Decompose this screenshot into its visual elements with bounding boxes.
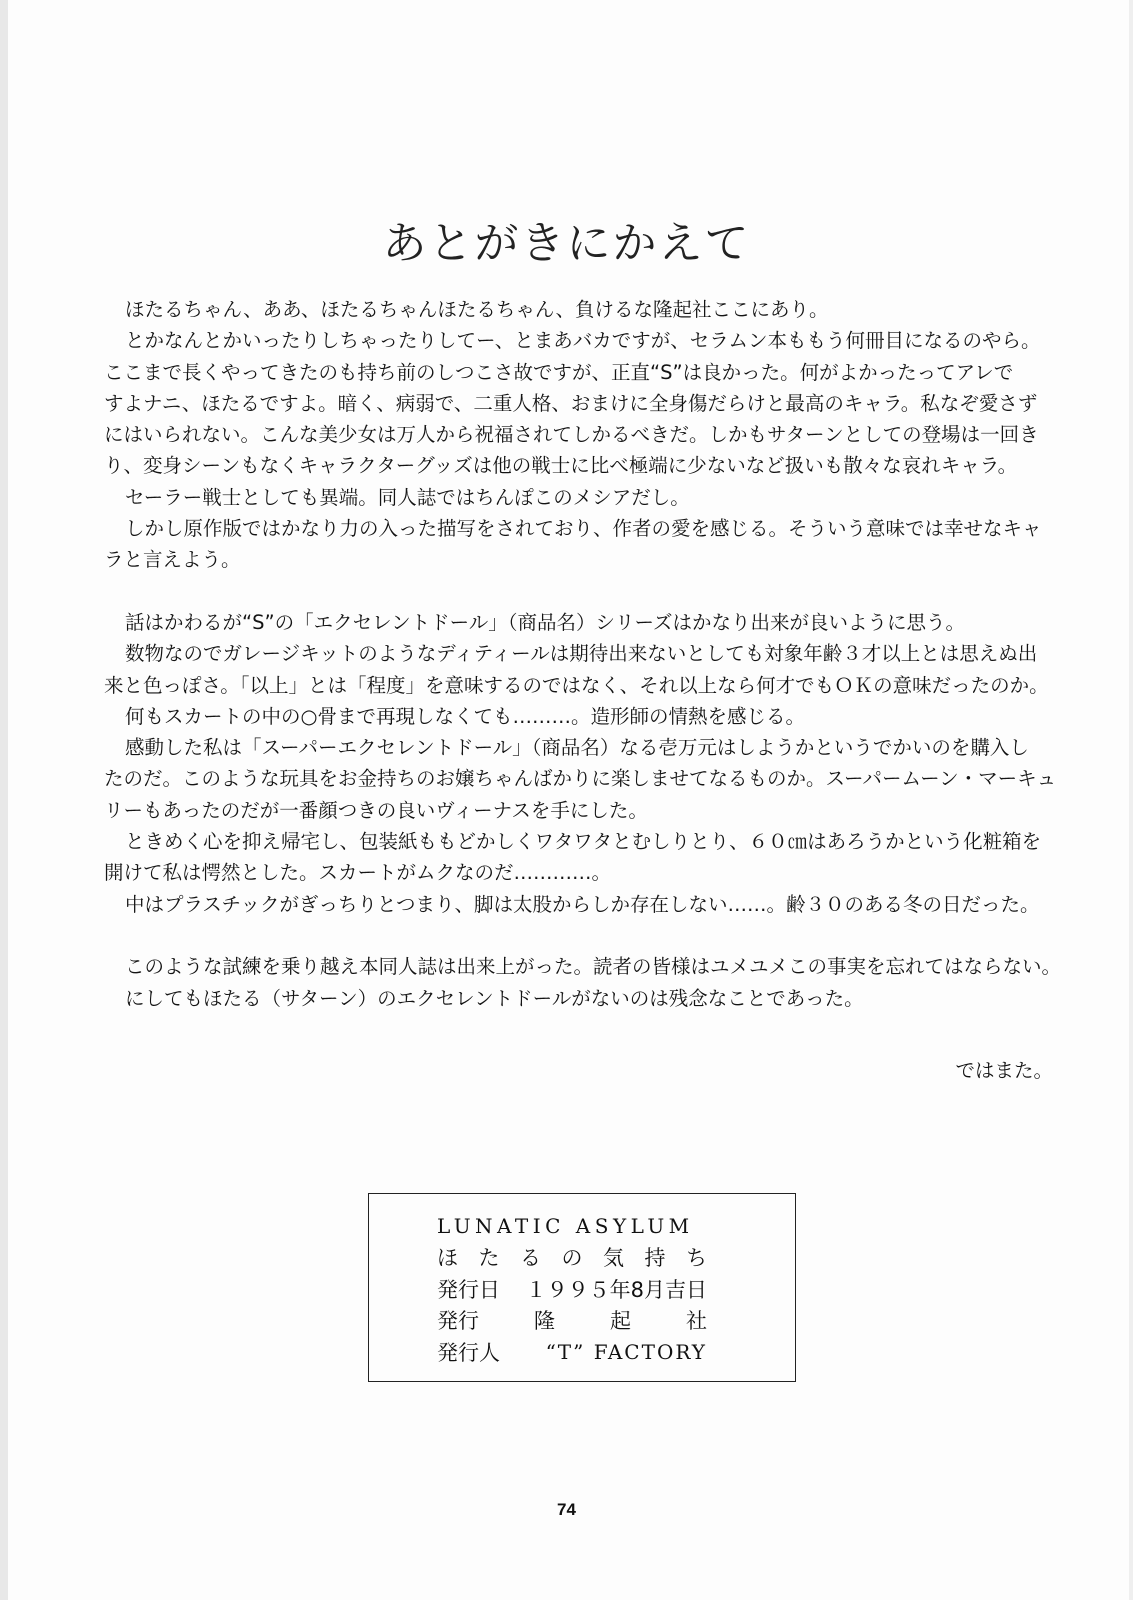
text-line: ラと言えよう。 xyxy=(104,544,1054,575)
text-line: り、変身シーンもなくキャラクターグッズは他の戦士に比べ極端に少ないなど扱いも散々… xyxy=(104,450,1054,481)
text-line: ほたるちゃん、ああ、ほたるちゃんほたるちゃん、負けるな隆起社ここにあり。 xyxy=(104,294,1054,325)
publisher-char: 社 xyxy=(686,1305,707,1335)
circle-name-text: LUNATIC ASYLUM xyxy=(437,1214,694,1238)
date-label: 発行日 xyxy=(437,1274,500,1304)
blank-line xyxy=(104,576,1054,607)
text-line: ときめく心を抑え帰宅し、包装紙ももどかしくワタワタとむしりとり、６０㎝はあろうか… xyxy=(104,826,1054,857)
text-line: とかなんとかいったりしちゃったりしてー、とまあバカですが、セラムン本ももう何冊目… xyxy=(104,325,1054,356)
book-title-char: ち xyxy=(686,1242,707,1272)
colophon-circle-name: LUNATIC ASYLUM xyxy=(437,1210,707,1242)
date-value: １９９５年8月吉日 xyxy=(526,1274,707,1304)
book-title-char: る xyxy=(520,1242,541,1272)
text-line: リーもあったのだが一番顔つきの良いヴィーナスを手にした。 xyxy=(104,795,1054,826)
issuer-label: 発行人 xyxy=(437,1337,500,1367)
publisher-char: 起 xyxy=(610,1305,631,1335)
text-line: 感動した私は「スーパーエクセレントドール」（商品名）なる壱万元はしようかというで… xyxy=(104,732,1054,763)
book-title-char: た xyxy=(479,1242,500,1272)
text-line: 話はかわるが“S”の「エクセレントドール」（商品名）シリーズはかなり出来が良いよ… xyxy=(104,607,1054,638)
text-line: 何もスカートの中の○骨まで再現しなくても………。造形師の情熱を感じる。 xyxy=(104,701,1054,732)
book-title-char: 持 xyxy=(645,1242,666,1272)
text-line: 来と色っぽさ。「以上」とは「程度」を意味するのではなく、それ以上なら何才でもＯＫ… xyxy=(104,670,1054,701)
colophon-box: LUNATIC ASYLUM ほたるの気持ち 発行日 １９９５年8月吉日 発行 … xyxy=(368,1193,796,1382)
text-line: セーラー戦士としても異端。同人誌ではちんぽこのメシアだし。 xyxy=(104,482,1054,513)
text-line: すよナニ、ほたるですよ。暗く、病弱で、二重人格、おまけに全身傷だらけと最高のキャ… xyxy=(104,388,1054,419)
text-line: このような試練を乗り越え本同人誌は出来上がった。読者の皆様はユメユメこの事実を忘… xyxy=(104,951,1054,982)
text-line: たのだ。このような玩具をお金持ちのお嬢ちゃんばかりに楽しませてなるものか。スーパ… xyxy=(104,763,1054,794)
closing-line: ではまた。 xyxy=(955,1055,1053,1083)
issuer-value: “T” FACTORY xyxy=(546,1340,707,1364)
colophon-date: 発行日 １９９５年8月吉日 xyxy=(437,1273,707,1305)
publisher-char: 隆 xyxy=(534,1305,555,1335)
afterword-body: ほたるちゃん、ああ、ほたるちゃんほたるちゃん、負けるな隆起社ここにあり。とかなん… xyxy=(104,294,1054,1014)
text-line: 開けて私は愕然とした。スカートがムクなのだ…………。 xyxy=(104,857,1054,888)
blank-line xyxy=(104,920,1054,951)
page-number: 74 xyxy=(0,1500,1133,1520)
text-line: しかし原作版ではかなり力の入った描写をされており、作者の愛を感じる。そういう意味… xyxy=(104,513,1054,544)
colophon-issuer: 発行人 “T” FACTORY xyxy=(437,1336,707,1368)
text-line: 中はプラスチックがぎっちりとつまり、脚は太股からしか存在しない……。齢３０のある… xyxy=(104,889,1054,920)
colophon-publisher: 発行 隆起社 xyxy=(437,1305,707,1337)
text-line: 数物なのでガレージキットのようなディティールは期待出来ないとしても対象年齢３才以… xyxy=(104,638,1054,669)
book-title-char: ほ xyxy=(437,1242,458,1272)
text-line: ここまで長くやってきたのも持ち前のしつこさ故ですが、正直“S”は良かった。何がよ… xyxy=(104,357,1054,388)
book-title-char: の xyxy=(562,1242,583,1272)
book-title-char: 気 xyxy=(603,1242,624,1272)
page-title: あとがきにかえて xyxy=(0,207,1133,271)
text-line: にしてもほたる（サターン）のエクセレントドールがないのは残念なことであった。 xyxy=(104,983,1054,1014)
text-line: にはいられない。こんな美少女は万人から祝福されてしかるべきだ。しかもサターンとし… xyxy=(104,419,1054,450)
publisher-label: 発行 xyxy=(437,1305,479,1335)
colophon-book-title: ほたるの気持ち xyxy=(437,1242,707,1274)
